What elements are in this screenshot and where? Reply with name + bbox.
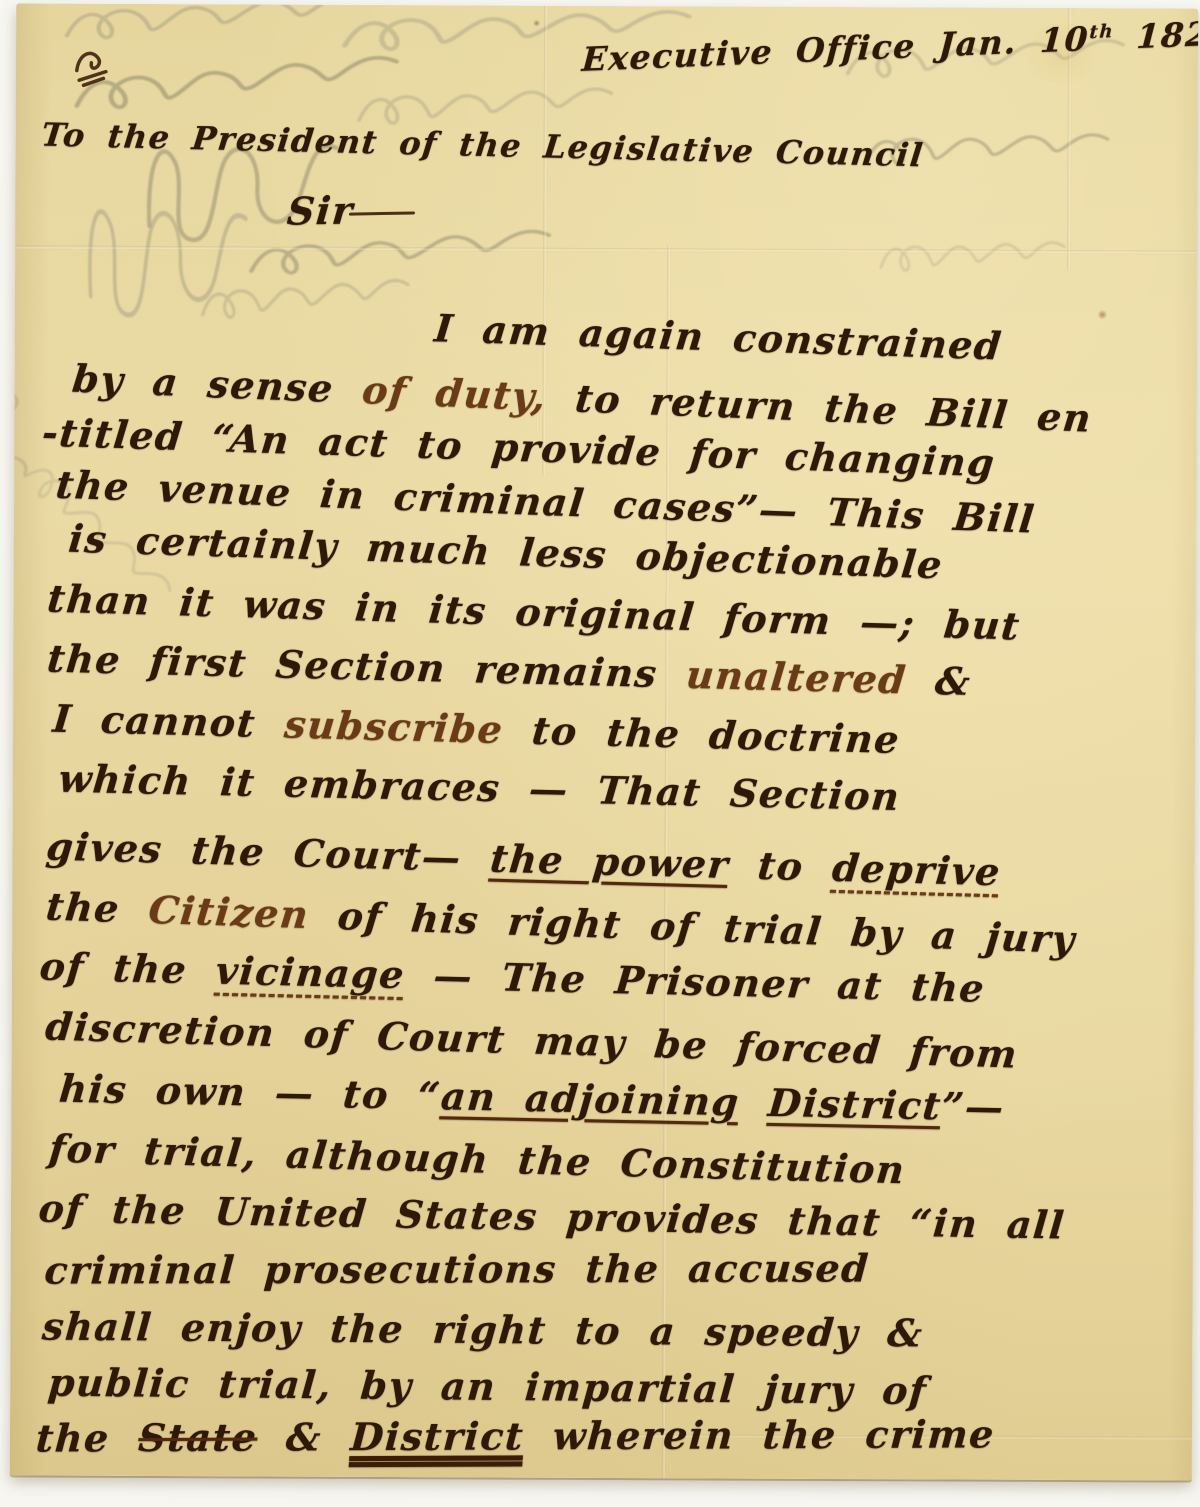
letter-line: his own — to “an adjoining District”— bbox=[57, 1066, 1006, 1130]
letter-text-segment: by a sense bbox=[70, 356, 365, 412]
letter-text-segment: — The Prisoner at the bbox=[403, 952, 987, 1011]
letter-text-segment: Citizen bbox=[147, 887, 312, 937]
letter-text-segment: of the United States provides that “in a… bbox=[37, 1186, 1067, 1248]
letter-text-segment: his own — to “ bbox=[57, 1066, 443, 1119]
letter-text-segment: unaltered bbox=[684, 652, 909, 702]
letter-text-segment: District bbox=[766, 1080, 943, 1128]
letter-text-segment: shall enjoy the right to a speedy & bbox=[41, 1304, 925, 1356]
dateline-year: 1827 bbox=[1135, 13, 1198, 56]
letter-text-segment: subscribe bbox=[283, 702, 506, 752]
salutation: Sir bbox=[285, 186, 417, 233]
letter-text-segment: of duty, bbox=[360, 367, 549, 419]
letter-text-segment: criminal prosecutions the accused bbox=[43, 1245, 871, 1292]
foxing-spot bbox=[1097, 310, 1108, 319]
letter-line: the State & District wherein the crime bbox=[34, 1411, 996, 1460]
scanned-letter: Executive Office Jan. 10th 1827 To the P… bbox=[0, 0, 1200, 1507]
foxing-spot bbox=[533, 20, 540, 27]
letter-text-segment: the power bbox=[488, 836, 731, 887]
letter-line: criminal prosecutions the accused bbox=[43, 1245, 871, 1292]
letter-line: shall enjoy the right to a speedy & bbox=[41, 1304, 925, 1356]
letter-text-segment: the bbox=[44, 884, 151, 932]
letter-text-segment: of his right of trial by a jury bbox=[307, 892, 1078, 962]
letter-body: I am again constrainedby a sense of duty… bbox=[16, 3, 1198, 8]
letter-line: I am again constrained bbox=[433, 305, 1005, 368]
letter-text-segment: discretion of Court may be forced from bbox=[44, 1004, 1021, 1077]
letter-text-segment bbox=[738, 1079, 771, 1125]
dateline-place: Executive Office bbox=[581, 26, 917, 79]
letter-line: than it was in its original form —; but bbox=[45, 576, 1022, 649]
ink-notation-mark bbox=[69, 45, 125, 101]
letter-text-segment: of the bbox=[38, 944, 218, 993]
letter-text-segment: wherein the crime bbox=[523, 1411, 997, 1458]
letter-text-segment: public trial, by an impartial jury of bbox=[46, 1360, 928, 1413]
letter-text-segment: & bbox=[256, 1414, 352, 1459]
letter-text-segment: for trial, although the Constitution bbox=[47, 1126, 907, 1193]
letter-text-segment: to bbox=[727, 842, 835, 890]
letter-text-segment: ”— bbox=[940, 1083, 1007, 1129]
letter-text-segment: gives the Court— bbox=[44, 824, 492, 881]
salutation-text: Sir bbox=[285, 187, 355, 233]
letter-text-segment: deprive bbox=[830, 845, 1003, 894]
letter-line: of the United States provides that “in a… bbox=[37, 1186, 1067, 1248]
letter-line: public trial, by an impartial jury of bbox=[46, 1360, 928, 1413]
letter-paper: Executive Office Jan. 10th 1827 To the P… bbox=[10, 3, 1198, 1480]
letter-text-segment: & bbox=[904, 657, 973, 704]
letter-text-segment: than it was in its original form —; but bbox=[45, 576, 1022, 649]
letter-line: which it embraces — That Section bbox=[57, 756, 903, 819]
recipient-line: To the President of the Legislative Coun… bbox=[40, 116, 926, 175]
letter-text-segment: District bbox=[349, 1413, 525, 1459]
letter-line: for trial, although the Constitution bbox=[47, 1126, 907, 1193]
letter-text-segment: which it embraces — That Section bbox=[57, 756, 903, 819]
salutation-flourish bbox=[349, 211, 415, 215]
letter-text-segment: the bbox=[34, 1415, 140, 1460]
dateline: Executive Office Jan. 10th 1827 bbox=[581, 13, 1198, 79]
letter-text-segment: State bbox=[137, 1415, 259, 1461]
letter-text-segment: to the doctrine bbox=[501, 707, 902, 762]
letter-line: I cannot subscribe to the doctrine bbox=[51, 696, 902, 762]
letter-text-segment: I am again constrained bbox=[433, 305, 1005, 368]
letter-line: gives the Court— the power to deprive bbox=[44, 824, 1003, 895]
letter-text-segment: an adjoining bbox=[439, 1073, 741, 1124]
letter-text-segment: the first Section remains bbox=[45, 636, 688, 697]
letter-line: discretion of Court may be forced from bbox=[44, 1004, 1021, 1077]
fold-crease-horizontal bbox=[15, 245, 1198, 254]
letter-text-segment: vicinage bbox=[214, 948, 407, 997]
dateline-date-ordinal: th bbox=[1089, 21, 1115, 43]
letter-line: the first Section remains unaltered & bbox=[45, 636, 973, 704]
dateline-date: Jan. 10 bbox=[938, 19, 1091, 64]
letter-text-segment: I cannot bbox=[51, 696, 287, 747]
